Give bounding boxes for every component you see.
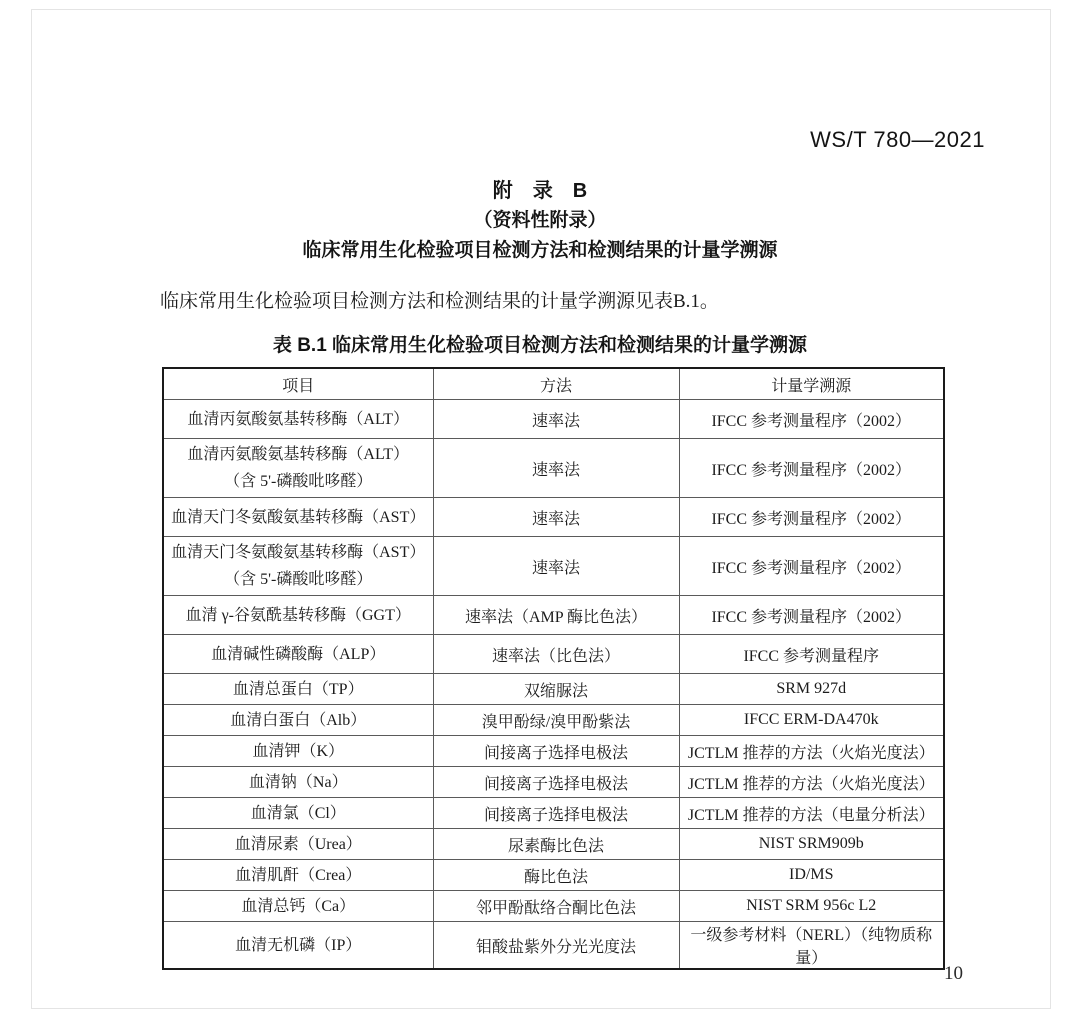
page-number: 10 bbox=[944, 963, 963, 985]
item-line: 血清丙氨酸氨基转移酶（ALT） bbox=[168, 441, 429, 468]
col-header-item: 项目 bbox=[163, 368, 433, 400]
table-row: 血清白蛋白（Alb）溴甲酚绿/溴甲酚紫法IFCC ERM-DA470k bbox=[163, 705, 944, 736]
item-line: 血清天门冬氨酸氨基转移酶（AST） bbox=[168, 504, 429, 531]
traceability-table: 项目 方法 计量学溯源 血清丙氨酸氨基转移酶（ALT）速率法IFCC 参考测量程… bbox=[162, 367, 945, 970]
traceability-cell: ID/MS bbox=[679, 860, 944, 891]
item-cell: 血清总蛋白（TP） bbox=[163, 674, 433, 705]
table-row: 血清丙氨酸氨基转移酶（ALT）（含 5'-磷酸吡哆醛）速率法IFCC 参考测量程… bbox=[163, 439, 944, 498]
method-cell: 速率法 bbox=[433, 400, 679, 439]
traceability-cell: IFCC 参考测量程序（2002） bbox=[679, 537, 944, 596]
col-header-method: 方法 bbox=[433, 368, 679, 400]
item-line: 血清丙氨酸氨基转移酶（ALT） bbox=[168, 406, 429, 433]
appendix-heading: 临床常用生化检验项目检测方法和检测结果的计量学溯源 bbox=[0, 235, 1080, 262]
item-cell: 血清总钙（Ca） bbox=[163, 891, 433, 922]
item-line: （含 5'-磷酸吡哆醛） bbox=[168, 566, 429, 593]
method-cell: 速率法 bbox=[433, 537, 679, 596]
traceability-cell: 一级参考材料（NERL）（纯物质称量） bbox=[679, 922, 944, 970]
item-cell: 血清天门冬氨酸氨基转移酶（AST）（含 5'-磷酸吡哆醛） bbox=[163, 537, 433, 596]
item-cell: 血清无机磷（IP） bbox=[163, 922, 433, 970]
item-cell: 血清钾（K） bbox=[163, 736, 433, 767]
method-cell: 双缩脲法 bbox=[433, 674, 679, 705]
method-cell: 间接离子选择电极法 bbox=[433, 736, 679, 767]
item-cell: 血清白蛋白（Alb） bbox=[163, 705, 433, 736]
traceability-cell: JCTLM 推荐的方法（火焰光度法） bbox=[679, 736, 944, 767]
traceability-cell: IFCC ERM-DA470k bbox=[679, 705, 944, 736]
item-line: 血清钠（Na） bbox=[168, 769, 429, 796]
item-cell: 血清丙氨酸氨基转移酶（ALT）（含 5'-磷酸吡哆醛） bbox=[163, 439, 433, 498]
traceability-cell: NIST SRM 956c L2 bbox=[679, 891, 944, 922]
table-row: 血清无机磷（IP）钼酸盐紫外分光光度法一级参考材料（NERL）（纯物质称量） bbox=[163, 922, 944, 970]
table-row: 血清碱性磷酸酶（ALP）速率法（比色法）IFCC 参考测量程序 bbox=[163, 635, 944, 674]
appendix-subtitle: （资料性附录） bbox=[0, 205, 1080, 232]
table-row: 血清总钙（Ca）邻甲酚酞络合酮比色法NIST SRM 956c L2 bbox=[163, 891, 944, 922]
traceability-cell: JCTLM 推荐的方法（火焰光度法） bbox=[679, 767, 944, 798]
table-row: 血清氯（Cl）间接离子选择电极法JCTLM 推荐的方法（电量分析法） bbox=[163, 798, 944, 829]
table-row: 血清丙氨酸氨基转移酶（ALT）速率法IFCC 参考测量程序（2002） bbox=[163, 400, 944, 439]
table-row: 血清钠（Na）间接离子选择电极法JCTLM 推荐的方法（火焰光度法） bbox=[163, 767, 944, 798]
method-cell: 溴甲酚绿/溴甲酚紫法 bbox=[433, 705, 679, 736]
table-row: 血清钾（K）间接离子选择电极法JCTLM 推荐的方法（火焰光度法） bbox=[163, 736, 944, 767]
item-line: 血清总钙（Ca） bbox=[168, 893, 429, 920]
table-caption: 表 B.1 临床常用生化检验项目检测方法和检测结果的计量学溯源 bbox=[0, 330, 1080, 357]
item-cell: 血清肌酐（Crea） bbox=[163, 860, 433, 891]
traceability-cell: SRM 927d bbox=[679, 674, 944, 705]
method-cell: 酶比色法 bbox=[433, 860, 679, 891]
item-cell: 血清氯（Cl） bbox=[163, 798, 433, 829]
appendix-title: 附 录 B bbox=[0, 174, 1080, 203]
method-cell: 间接离子选择电极法 bbox=[433, 767, 679, 798]
item-cell: 血清碱性磷酸酶（ALP） bbox=[163, 635, 433, 674]
col-header-traceability: 计量学溯源 bbox=[679, 368, 944, 400]
item-line: 血清无机磷（IP） bbox=[168, 932, 429, 959]
table-row: 血清天门冬氨酸氨基转移酶（AST）（含 5'-磷酸吡哆醛）速率法IFCC 参考测… bbox=[163, 537, 944, 596]
item-cell: 血清 γ-谷氨酰基转移酶（GGT） bbox=[163, 596, 433, 635]
table-row: 血清 γ-谷氨酰基转移酶（GGT）速率法（AMP 酶比色法）IFCC 参考测量程… bbox=[163, 596, 944, 635]
method-cell: 钼酸盐紫外分光光度法 bbox=[433, 922, 679, 970]
traceability-cell: JCTLM 推荐的方法（电量分析法） bbox=[679, 798, 944, 829]
item-cell: 血清钠（Na） bbox=[163, 767, 433, 798]
item-line: 血清天门冬氨酸氨基转移酶（AST） bbox=[168, 539, 429, 566]
doc-number: WS/T 780—2021 bbox=[810, 127, 985, 153]
method-cell: 尿素酶比色法 bbox=[433, 829, 679, 860]
table-row: 血清肌酐（Crea）酶比色法ID/MS bbox=[163, 860, 944, 891]
method-cell: 速率法 bbox=[433, 439, 679, 498]
item-cell: 血清尿素（Urea） bbox=[163, 829, 433, 860]
method-cell: 邻甲酚酞络合酮比色法 bbox=[433, 891, 679, 922]
traceability-cell: IFCC 参考测量程序（2002） bbox=[679, 596, 944, 635]
traceability-cell: IFCC 参考测量程序（2002） bbox=[679, 498, 944, 537]
item-line: 血清 γ-谷氨酰基转移酶（GGT） bbox=[168, 602, 429, 629]
table-row: 血清天门冬氨酸氨基转移酶（AST）速率法IFCC 参考测量程序（2002） bbox=[163, 498, 944, 537]
item-cell: 血清天门冬氨酸氨基转移酶（AST） bbox=[163, 498, 433, 537]
document-page: WS/T 780—2021 附 录 B （资料性附录） 临床常用生化检验项目检测… bbox=[0, 0, 1080, 1021]
traceability-cell: IFCC 参考测量程序（2002） bbox=[679, 400, 944, 439]
table-row: 血清尿素（Urea）尿素酶比色法NIST SRM909b bbox=[163, 829, 944, 860]
table-body: 血清丙氨酸氨基转移酶（ALT）速率法IFCC 参考测量程序（2002）血清丙氨酸… bbox=[163, 400, 944, 970]
method-cell: 速率法（比色法） bbox=[433, 635, 679, 674]
item-line: 血清碱性磷酸酶（ALP） bbox=[168, 641, 429, 668]
method-cell: 速率法（AMP 酶比色法） bbox=[433, 596, 679, 635]
body-paragraph: 临床常用生化检验项目检测方法和检测结果的计量学溯源见表B.1。 bbox=[160, 286, 719, 313]
item-cell: 血清丙氨酸氨基转移酶（ALT） bbox=[163, 400, 433, 439]
item-line: 血清肌酐（Crea） bbox=[168, 862, 429, 889]
item-line: （含 5'-磷酸吡哆醛） bbox=[168, 468, 429, 495]
traceability-cell: IFCC 参考测量程序（2002） bbox=[679, 439, 944, 498]
method-cell: 间接离子选择电极法 bbox=[433, 798, 679, 829]
traceability-cell: NIST SRM909b bbox=[679, 829, 944, 860]
item-line: 血清钾（K） bbox=[168, 738, 429, 765]
item-line: 血清氯（Cl） bbox=[168, 800, 429, 827]
item-line: 血清总蛋白（TP） bbox=[168, 676, 429, 703]
table-row: 血清总蛋白（TP）双缩脲法SRM 927d bbox=[163, 674, 944, 705]
traceability-cell: IFCC 参考测量程序 bbox=[679, 635, 944, 674]
item-line: 血清白蛋白（Alb） bbox=[168, 707, 429, 734]
item-line: 血清尿素（Urea） bbox=[168, 831, 429, 858]
method-cell: 速率法 bbox=[433, 498, 679, 537]
table-header-row: 项目 方法 计量学溯源 bbox=[163, 368, 944, 400]
